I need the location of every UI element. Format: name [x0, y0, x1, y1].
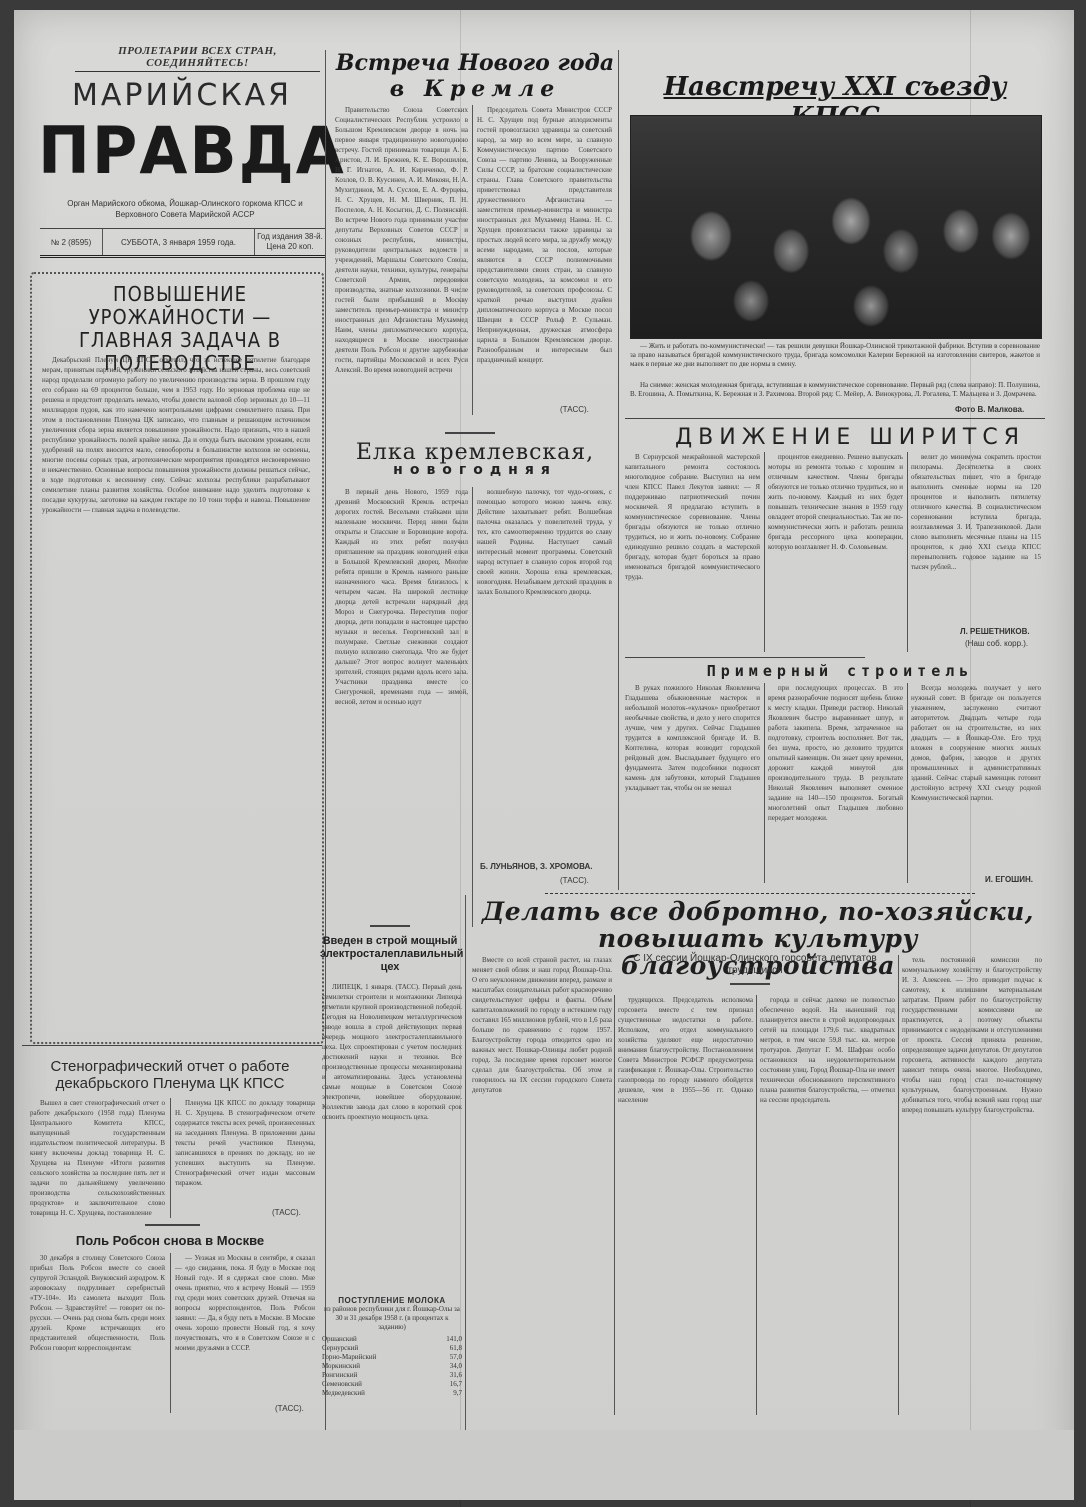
column-rule: [170, 1098, 171, 1218]
divider: [625, 657, 865, 658]
steno-source: (ТАСС).: [272, 1208, 301, 1217]
milk-table-row: Семеновский16,7: [322, 1380, 462, 1389]
milk-table-box: ПОСТУПЛЕНИЕ МОЛОКА из районов республики…: [322, 1296, 462, 1398]
kremlin-col1: Правительство Союза Советских Социалисти…: [335, 105, 468, 415]
issue-price: Цена 20 коп.: [266, 242, 313, 252]
elka-signature: Б. ЛУНЬЯНОВ, З. ХРОМОВА.: [480, 862, 593, 871]
milk-table-row: Медведевский9,7: [322, 1389, 462, 1398]
ornament-rule: [545, 893, 975, 894]
divider: [730, 983, 770, 985]
district-name: Оршанский: [322, 1335, 431, 1344]
elka-col1: В первый день Нового, 1959 года древний …: [335, 487, 468, 887]
district-name: Горно-Марийский: [322, 1353, 431, 1362]
issue-year: Год издания 38-й.: [257, 232, 323, 242]
movement-col3: велит до минимума сократить простои пило…: [911, 452, 1041, 617]
divider: [445, 432, 495, 434]
milk-table-row: Сернурский61,8: [322, 1344, 462, 1353]
district-name: Сернурский: [322, 1344, 431, 1353]
column-rule: [472, 105, 473, 415]
district-name: Ронгинский: [322, 1371, 431, 1380]
steel-headline: Введен в строй мощный электросталеплавил…: [320, 935, 460, 974]
milk-table-row: Ронгинский31,6: [322, 1371, 462, 1380]
city-col4: тель постоянной комиссии по коммунальном…: [902, 955, 1042, 1415]
district-value: 57,0: [431, 1353, 462, 1362]
city-subtitle: С IX сессии Йошкар-Олинского горсовета д…: [630, 953, 880, 977]
photo-note: На снимке: женская молодежная бригада, в…: [630, 381, 1040, 401]
issue-meta: Год издания 38-й. Цена 20 коп.: [255, 229, 325, 255]
district-value: 61,8: [431, 1344, 462, 1353]
steno-headline: Стенографический отчет о работе декабрьс…: [30, 1058, 310, 1092]
robson-source: (ТАСС).: [275, 1404, 304, 1413]
builder-col2: при последующих процессах. В это время р…: [768, 683, 903, 883]
photo-caption: — Жить и работать по-коммунистически! — …: [630, 342, 1040, 378]
divider: [370, 925, 410, 927]
elka-col2: волшебную палочку, тот чудо-огонек, с по…: [477, 487, 612, 827]
column-rule: [764, 683, 765, 883]
district-name: Семеновский: [322, 1380, 431, 1389]
kremlin-headline: Встреча Нового года в Кремле: [335, 50, 615, 102]
photo-credit: Фото В. Малкова.: [955, 405, 1024, 414]
steno-col2: Пленума ЦК КПСС по докладу товарища Н. С…: [175, 1098, 315, 1203]
city-col1: Вместе со всей страной растет, на глазах…: [472, 955, 612, 1415]
column-rule: [907, 452, 908, 652]
district-name: Моркинский: [322, 1362, 431, 1371]
column-rule: [756, 995, 757, 1415]
elka-headline-2: новогодняя: [335, 462, 615, 478]
divider: [145, 1224, 200, 1226]
district-value: 141,0: [431, 1335, 462, 1344]
movement-col2: процентов ежедневно. Решено выпускать мо…: [768, 452, 903, 652]
agriculture-body: Декабрьский Пленум ЦК КПСС отметил, что …: [42, 355, 310, 1035]
masthead-title-main: ПРАВДА: [38, 116, 328, 185]
robson-col2: — Уезжая из Москвы в сентябре, я сказал …: [175, 1253, 315, 1398]
column-rule: [472, 487, 473, 927]
issue-number: № 2 (8595): [40, 229, 103, 255]
milk-title: ПОСТУПЛЕНИЕ МОЛОКА: [322, 1296, 462, 1305]
kremlin-col2: Председатель Совета Министров СССР Н. С.…: [477, 105, 612, 405]
city-col2: трудящихся. Председатель исполкома горсо…: [618, 995, 753, 1415]
column-rule: [898, 955, 899, 1415]
column-rule: [614, 995, 615, 1415]
elka-source: (ТАСС).: [560, 876, 589, 885]
page-bottom-margin: [14, 1430, 1074, 1500]
divider: [22, 1045, 322, 1046]
column-rule: [907, 683, 908, 883]
milk-table-row: Оршанский141,0: [322, 1335, 462, 1344]
kremlin-source: (ТАСС).: [560, 405, 589, 414]
milk-table-row: Моркинский34,0: [322, 1362, 462, 1371]
column-rule: [465, 895, 466, 1430]
masthead-organ: Орган Марийского обкома, Йошкар-Олинског…: [55, 198, 315, 220]
masthead-info-bar: № 2 (8595) СУББОТА, 3 января 1959 года. …: [40, 228, 325, 258]
masthead-motto: ПРОЛЕТАРИИ ВСЕХ СТРАН, СОЕДИНЯЙТЕСЬ!: [75, 45, 320, 72]
builder-signature: И. ЕГОШИН.: [985, 875, 1033, 884]
district-value: 31,6: [431, 1371, 462, 1380]
milk-table: Оршанский141,0Сернурский61,8Горно-Марийс…: [322, 1335, 462, 1398]
movement-signature: Л. РЕШЕТНИКОВ.: [960, 627, 1030, 636]
district-value: 34,0: [431, 1362, 462, 1371]
builder-col3: Всегда молодежь получает у него нужный с…: [911, 683, 1041, 863]
masthead-title-top: МАРИЙСКАЯ: [42, 78, 322, 113]
column-rule: [618, 50, 619, 890]
district-name: Медведевский: [322, 1389, 431, 1398]
movement-signature-note: (Наш соб. корр.).: [965, 639, 1028, 648]
milk-subtitle: из районов республики для г. Йошкар-Олы …: [322, 1305, 462, 1332]
column-rule: [764, 452, 765, 652]
steno-col1: Вышел в свет стенографический отчет о ра…: [30, 1098, 165, 1218]
city-col3: города и сейчас далеко не полностью обес…: [760, 995, 895, 1415]
movement-headline: ДВИЖЕНИЕ ШИРИТСЯ: [660, 425, 1040, 450]
movement-col1: В Сернурской межрайонной мастерской капи…: [625, 452, 760, 652]
builder-headline: Примерный строитель: [640, 662, 1040, 680]
steel-body: ЛИПЕЦК, 1 января. (ТАСС). Первый день се…: [322, 982, 462, 1277]
robson-col1: 30 декабря в столицу Советского Союза пр…: [30, 1253, 165, 1403]
divider: [625, 418, 1045, 419]
issue-date: СУББОТА, 3 января 1959 года.: [103, 229, 255, 255]
milk-table-row: Горно-Марийский57,0: [322, 1353, 462, 1362]
column-rule: [170, 1253, 171, 1413]
district-value: 9,7: [431, 1389, 462, 1398]
robson-headline: Поль Робсон снова в Москве: [30, 1233, 310, 1248]
district-value: 16,7: [431, 1380, 462, 1389]
builder-col1: В руках пожилого Николая Яковлевича Глад…: [625, 683, 760, 883]
brigade-photo: [630, 115, 1042, 339]
